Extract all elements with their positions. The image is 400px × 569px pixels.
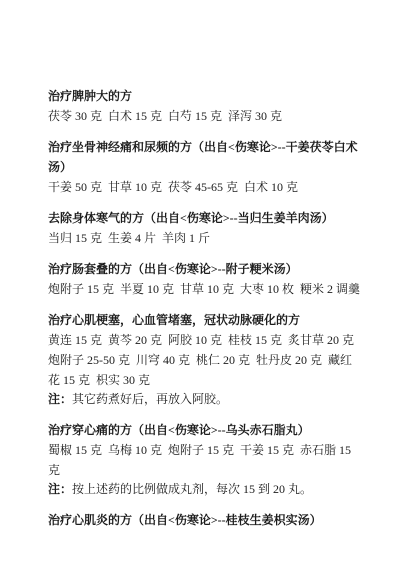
note-text: 按上述药的比例做成丸剂，每次 15 到 20 丸。 [72,482,312,496]
prescription-section-heart-attack: 治疗心肌梗塞，心血管堵塞，冠状动脉硬化的方 黄连 15 克 黄芩 20 克 阿胶… [48,310,362,409]
section-ingredients: 黄连 15 克 黄芩 20 克 阿胶 10 克 桂枝 15 克 炙甘草 20 克… [48,330,362,390]
section-title: 治疗穿心痛的方（出自<伤寒论>--乌头赤石脂丸） [48,420,362,440]
section-note: 注：其它药煮好后，再放入阿胶。 [48,390,362,409]
document-page: 治疗脾肿大的方 茯苓 30 克 白术 15 克 白芍 15 克 泽泻 30 克 … [0,0,400,569]
prescription-section-chest-pain: 治疗穿心痛的方（出自<伤寒论>--乌头赤石脂丸） 蜀椒 15 克 乌梅 10 克… [48,420,362,499]
note-text: 其它药煮好后，再放入阿胶。 [72,392,228,406]
section-title: 治疗坐骨神经痛和尿频的方（出自<伤寒论>--干姜茯苓白术汤） [48,137,362,177]
section-title: 去除身体寒气的方（出自<伤寒论>--当归生姜羊肉汤） [48,208,362,228]
section-ingredients: 茯苓 30 克 白术 15 克 白芍 15 克 泽泻 30 克 [48,106,362,126]
prescription-section-sciatica: 治疗坐骨神经痛和尿频的方（出自<伤寒论>--干姜茯苓白术汤） 干姜 50 克 甘… [48,137,362,197]
section-title: 治疗心肌梗塞，心血管堵塞，冠状动脉硬化的方 [48,310,362,330]
section-ingredients: 干姜 50 克 甘草 10 克 茯苓 45-65 克 白术 10 克 [48,177,362,197]
note-label: 注： [48,482,72,496]
prescription-section-myocarditis: 治疗心肌炎的方（出自<伤寒论>--桂枝生姜枳实汤） [48,510,362,530]
note-label: 注： [48,392,72,406]
section-ingredients: 炮附子 15 克 半夏 10 克 甘草 10 克 大枣 10 枚 粳米 2 调羹 [48,279,362,299]
section-note: 注：按上述药的比例做成丸剂，每次 15 到 20 丸。 [48,480,362,499]
prescription-section-spleen: 治疗脾肿大的方 茯苓 30 克 白术 15 克 白芍 15 克 泽泻 30 克 [48,86,362,126]
prescription-section-intussusception: 治疗肠套叠的方（出自<伤寒论>--附子粳米汤） 炮附子 15 克 半夏 10 克… [48,259,362,299]
section-title: 治疗脾肿大的方 [48,86,362,106]
section-title: 治疗心肌炎的方（出自<伤寒论>--桂枝生姜枳实汤） [48,510,362,530]
section-ingredients: 蜀椒 15 克 乌梅 10 克 炮附子 15 克 干姜 15 克 赤石脂 15 … [48,440,362,480]
prescription-section-cold: 去除身体寒气的方（出自<伤寒论>--当归生姜羊肉汤） 当归 15 克 生姜 4 … [48,208,362,248]
section-title: 治疗肠套叠的方（出自<伤寒论>--附子粳米汤） [48,259,362,279]
section-ingredients: 当归 15 克 生姜 4 片 羊肉 1 斤 [48,228,362,248]
